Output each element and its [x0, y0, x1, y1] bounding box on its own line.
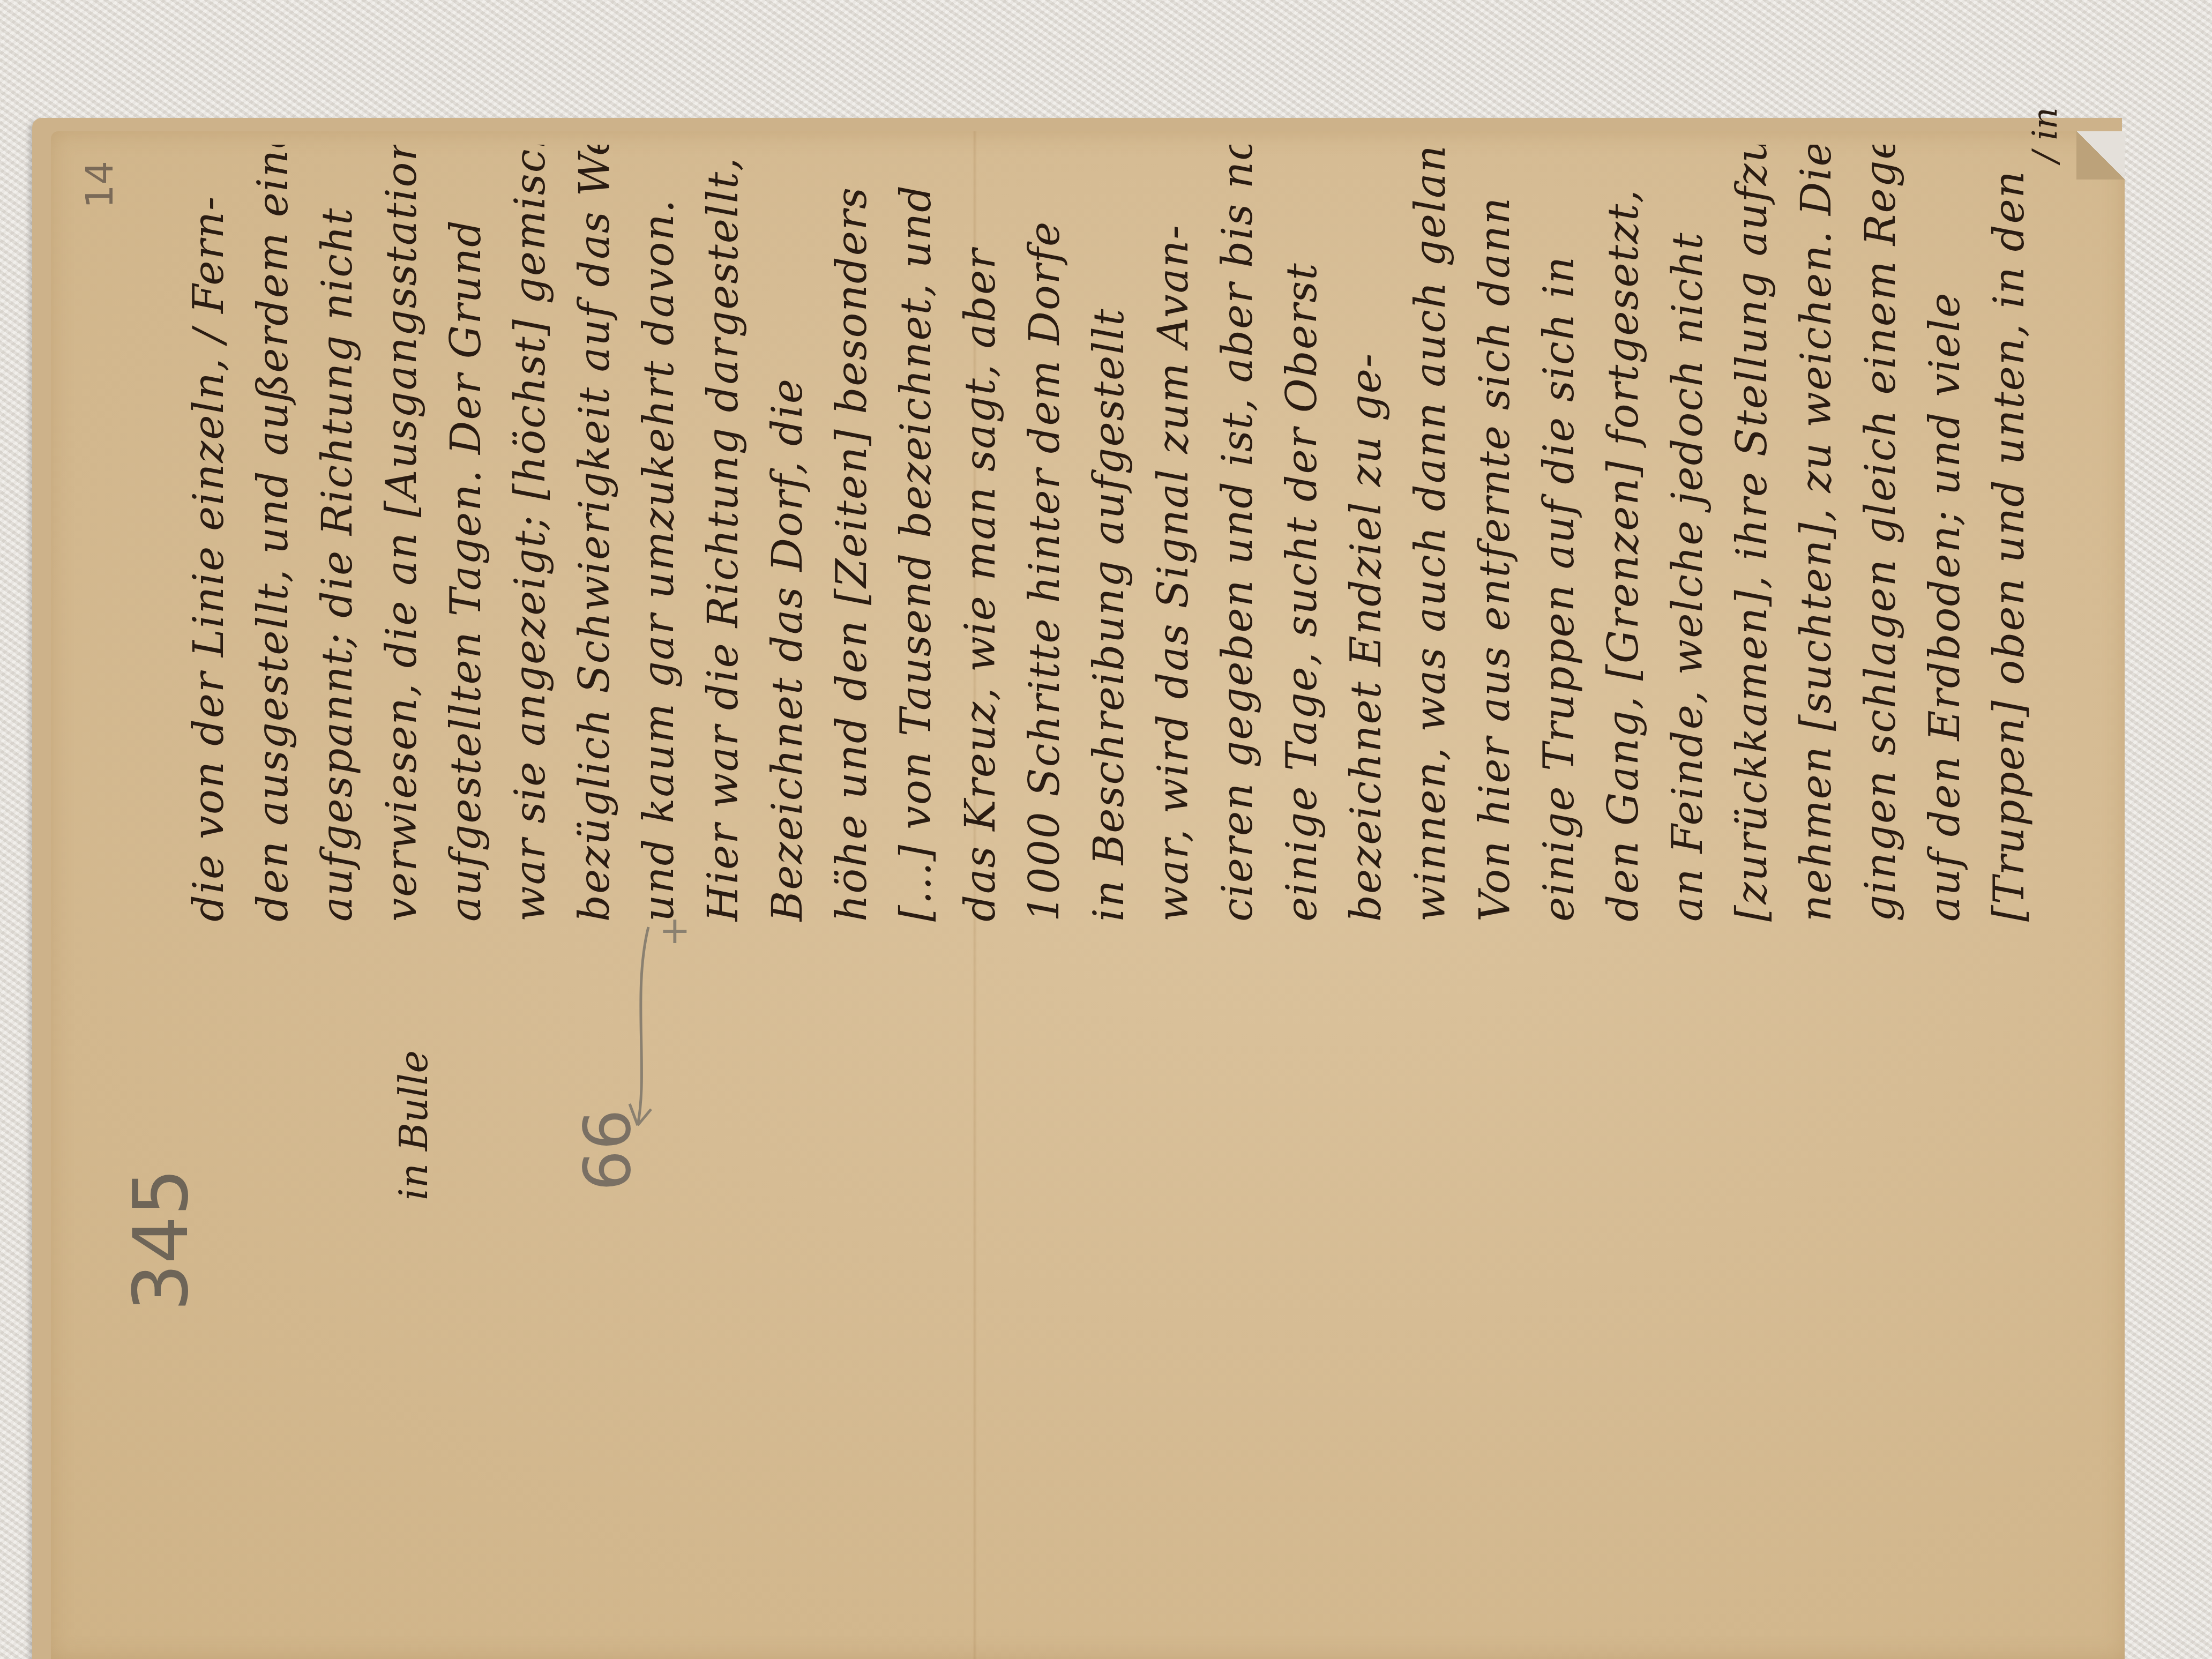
catchword: / in: [2026, 107, 2065, 163]
manuscript-line: bezeichnet Endziel zu ge-: [1334, 145, 1399, 922]
manuscript-line: [zurückkamen], ihre Stellung aufzu-: [1720, 145, 1784, 922]
pencil-arrow-icon: +: [627, 911, 713, 1136]
manuscript-line: und kaum gar umzukehrt davon.: [627, 145, 691, 922]
manuscript-line: die von der Linie einzeln, / Fern-: [177, 145, 241, 922]
manuscript-line: den Gang, [Grenzen] fortgesetzt,: [1591, 145, 1656, 922]
manuscript-line: war, wird das Signal zum Avan-: [1141, 145, 1206, 922]
margin-note: in Bulle: [391, 1050, 436, 1200]
manuscript-line: verwiesen, die an [Ausgangsstation] (ges…: [370, 145, 434, 922]
manuscript-line: Hier war die Richtung dargestellt,: [691, 145, 756, 922]
manuscript-line: bezüglich Schwierigkeit auf das Weg, abe…: [563, 145, 627, 922]
manuscript-line: an Feinde, welche jedoch nicht: [1656, 145, 1720, 922]
manuscript-line: winnen, was auch dann auch gelang.: [1399, 145, 1463, 922]
manuscript-line: war sie angezeigt; [höchst] gemischt,: [498, 145, 563, 922]
archive-number: 345: [118, 1168, 205, 1311]
manuscript-line: den ausgestellt, und außerdem eine,: [241, 145, 305, 922]
manuscript-line: gingen schlagen gleich einem Regen: [1849, 145, 1913, 922]
manuscript-line: aufgestellten Tagen. Der Grund: [434, 145, 498, 922]
manuscript-line: [...] von Tausend bezeichnet, und: [884, 145, 948, 922]
manuscript-line: 1000 Schritte hinter dem Dorfe: [1013, 145, 1077, 922]
handwritten-text-block: die von der Linie einzeln, / Fern-den au…: [177, 145, 2052, 922]
page-number: 14: [78, 161, 122, 208]
manuscript-line: nehmen [suchten], zu weichen. Die Truppe…: [1784, 145, 1849, 922]
manuscript-line: einige Tage, sucht der Oberst: [1270, 145, 1334, 922]
manuscript-line: aufgespannt; die Richtung nicht: [305, 145, 370, 922]
insertion-mark: +: [659, 911, 691, 952]
manuscript-line: [Truppen] oben und unten, in den: [1977, 145, 2042, 922]
manuscript-line: höhe und den [Zeiten] besonders: [820, 145, 884, 922]
manuscript-line: in Beschreibung aufgestellt: [1077, 145, 1141, 922]
manuscript-line: cieren gegeben und ist, aber bis noch: [1206, 145, 1270, 922]
manuscript-line: einige Truppen auf die sich in: [1527, 145, 1591, 922]
manuscript-line: auf den Erdboden; und viele: [1913, 145, 1977, 922]
manuscript-line: Von hier aus entfernte sich dann: [1463, 145, 1527, 922]
folded-page-corner: [2076, 131, 2125, 180]
manuscript-line: Bezeichnet das Dorf, die: [756, 145, 820, 922]
manuscript-line: das Kreuz, wie man sagt, aber: [948, 145, 1013, 922]
